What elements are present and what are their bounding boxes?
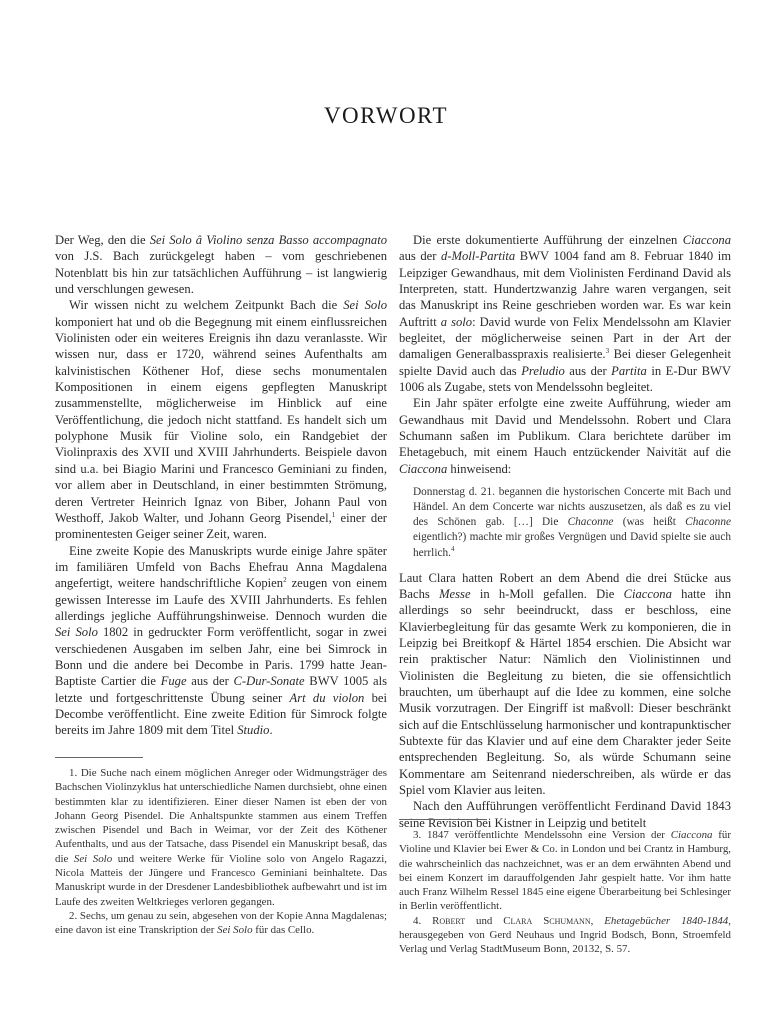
text-run: (was heißt bbox=[613, 516, 685, 528]
work-title: Ciaccona bbox=[683, 233, 731, 247]
footnote-divider bbox=[55, 757, 143, 758]
block-quote: Donnerstag d. 21. begannen die hystorisc… bbox=[413, 485, 731, 560]
footnote-3: 3. 1847 veröffentlichte Mendelssohn eine… bbox=[399, 828, 731, 914]
paragraph: Die erste dokumentierte Aufführung der e… bbox=[399, 232, 731, 395]
author-name: Robert bbox=[432, 915, 465, 927]
work-title: Ehetagebücher 1840-1844 bbox=[604, 915, 728, 927]
text-run: von J.S. Bach zurückgelegt haben – vom g… bbox=[55, 249, 387, 296]
text-run: 3. 1847 veröffentlichte Mendelssohn eine… bbox=[413, 829, 671, 841]
text-run: Die erste dokumentierte Aufführung der e… bbox=[413, 233, 683, 247]
footnote-divider bbox=[399, 819, 487, 820]
paragraph: Ein Jahr später erfolgte eine zweite Auf… bbox=[399, 395, 731, 477]
work-title: Partita bbox=[611, 364, 647, 378]
work-title: Chaconne bbox=[568, 516, 614, 528]
footnote-ref-4[interactable]: 4 bbox=[451, 545, 455, 553]
right-footnotes: 3. 1847 veröffentlichte Mendelssohn eine… bbox=[399, 819, 731, 957]
paragraph: Laut Clara hatten Robert an dem Abend di… bbox=[399, 570, 731, 799]
work-title: Sei Solo bbox=[343, 298, 387, 312]
text-run: eigentlich?) machte mir großes Vergnügen… bbox=[413, 531, 731, 558]
work-title: Ciaccona bbox=[671, 829, 713, 841]
text-run: aus der bbox=[565, 364, 611, 378]
work-title: Preludio bbox=[521, 364, 565, 378]
page-title: VORWORT bbox=[0, 103, 772, 129]
emphasis: a solo bbox=[441, 315, 472, 329]
work-title: Fuge bbox=[161, 674, 187, 688]
text-run: für das Cello. bbox=[253, 924, 315, 936]
text-run: hatte ihn allerdings so sehr beeindruckt… bbox=[399, 587, 731, 797]
paragraph: Wir wissen nicht zu welchem Zeitpunkt Ba… bbox=[55, 297, 387, 542]
author-name: Clara Schumann bbox=[503, 915, 590, 927]
work-title: Art du violon bbox=[290, 691, 365, 705]
text-run: hinweisend: bbox=[447, 462, 511, 476]
left-column: Der Weg, den die Sei Solo â Violino senz… bbox=[55, 232, 387, 739]
text-run: für Violine und Klavier bei Ewer & Co. i… bbox=[399, 829, 731, 912]
work-title: Sei Solo â Violino senza Basso accompagn… bbox=[150, 233, 387, 247]
paragraph: Eine zweite Kopie des Manuskripts wurde … bbox=[55, 543, 387, 739]
work-title: Studio bbox=[237, 723, 269, 737]
footnote-4: 4. Robert und Clara Schumann, Ehetagebüc… bbox=[399, 914, 731, 957]
paragraph: Der Weg, den die Sei Solo â Violino senz… bbox=[55, 232, 387, 297]
text-run: und bbox=[465, 915, 503, 927]
text-run: . bbox=[269, 723, 272, 737]
left-footnotes: 1. Die Suche nach einem möglichen Anrege… bbox=[55, 757, 387, 938]
footnote-1: 1. Die Suche nach einem möglichen Anrege… bbox=[55, 766, 387, 909]
work-title: d-Moll-Partita bbox=[441, 249, 515, 263]
work-title: Chaconne bbox=[685, 516, 731, 528]
work-title: Messe bbox=[439, 587, 470, 601]
text-run: 1. Die Suche nach einem möglichen Anrege… bbox=[55, 767, 387, 865]
text-run: aus der bbox=[399, 249, 441, 263]
work-title: C-Dur-Sonate bbox=[234, 674, 305, 688]
footnote-2: 2. Sechs, um genau zu sein, abgesehen vo… bbox=[55, 909, 387, 938]
work-title: Sei Solo bbox=[55, 625, 98, 639]
text-run: Der Weg, den die bbox=[55, 233, 150, 247]
work-title: Ciaccona bbox=[399, 462, 447, 476]
text-run: Ein Jahr später erfolgte eine zweite Auf… bbox=[399, 396, 731, 459]
work-title: Ciaccona bbox=[624, 587, 672, 601]
text-run: in h-Moll gefallen. Die bbox=[471, 587, 624, 601]
text-run: , bbox=[591, 915, 605, 927]
text-run: Wir wissen nicht zu welchem Zeitpunkt Ba… bbox=[69, 298, 343, 312]
right-column: Die erste dokumentierte Aufführung der e… bbox=[399, 232, 731, 831]
text-run: 4. bbox=[413, 915, 432, 927]
work-title: Sei Solo bbox=[217, 924, 252, 936]
text-run: komponiert hat und ob die Begegnung mit … bbox=[55, 315, 387, 525]
text-run: aus der bbox=[187, 674, 234, 688]
work-title: Sei Solo bbox=[74, 853, 112, 865]
